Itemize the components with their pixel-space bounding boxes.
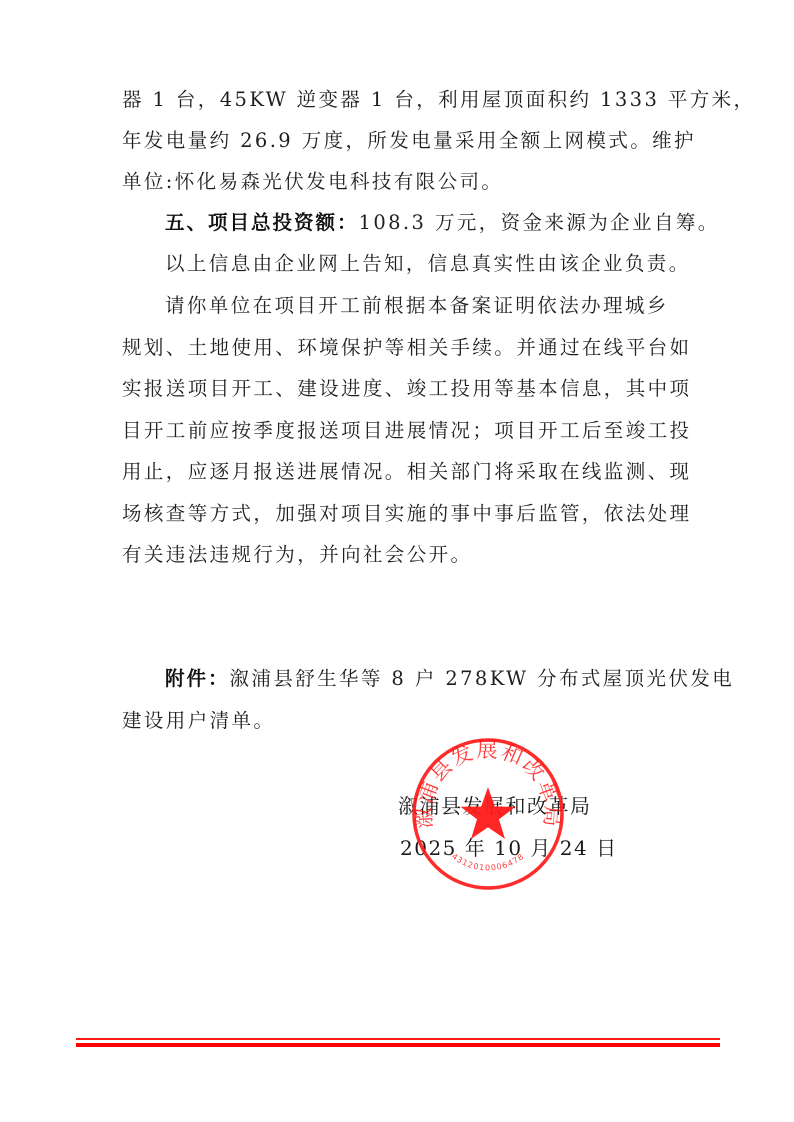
document-page: 器 1 台，45KW 逆变器 1 台，利用屋顶面积约 1333 平方米， 年发电… xyxy=(0,0,794,1122)
notice-text: 以上信息由企业网上告知，信息真实性由该企业负责。 xyxy=(165,252,725,276)
body-text-line: 单位:怀化易森光伏发电科技有限公司。 xyxy=(122,170,682,194)
instructions-line: 场核查等方式，加强对项目实施的事中事后监管，依法处理 xyxy=(122,502,682,526)
instructions-line: 目开工前应按季度报送项目进展情况；项目开工后至竣工投 xyxy=(122,419,682,443)
attachment-line: 附件：溆浦县舒生华等 8 户 278KW 分布式屋顶光伏发电 xyxy=(165,667,725,691)
attachment-line: 建设用户清单。 xyxy=(122,709,682,733)
instructions-line: 请你单位在项目开工前根据本备案证明依法办理城乡 xyxy=(165,294,725,318)
body-text-line: 年发电量约 26.9 万度，所发电量采用全额上网模式。维护 xyxy=(122,129,682,153)
instructions-line: 实报送项目开工、建设进度、竣工投用等基本信息，其中项 xyxy=(122,377,682,401)
footer-rule-thin xyxy=(76,1038,720,1040)
section-5-line: 五、项目总投资额：108.3 万元，资金来源为企业自筹。 xyxy=(165,211,725,235)
attachment-label: 附件： xyxy=(165,667,230,690)
instructions-line: 用止，应逐月报送进展情况。相关部门将采取在线监测、现 xyxy=(122,460,682,484)
signature-date: 2025 年 10 月 24 日 xyxy=(400,832,618,861)
body-text-line: 器 1 台，45KW 逆变器 1 台，利用屋顶面积约 1333 平方米， xyxy=(122,88,682,112)
instructions-line: 有关违法违规行为，并向社会公开。 xyxy=(122,543,682,567)
section-5-text: 108.3 万元，资金来源为企业自筹。 xyxy=(359,211,720,234)
attachment-text: 溆浦县舒生华等 8 户 278KW 分布式屋顶光伏发电 xyxy=(230,667,735,690)
footer-rule-thick xyxy=(76,1043,720,1047)
section-5-heading: 五、项目总投资额： xyxy=(165,211,359,234)
signature-organization: 溆浦县发展和改革局 xyxy=(398,790,592,819)
instructions-line: 规划、土地使用、环境保护等相关手续。并通过在线平台如 xyxy=(122,336,682,360)
